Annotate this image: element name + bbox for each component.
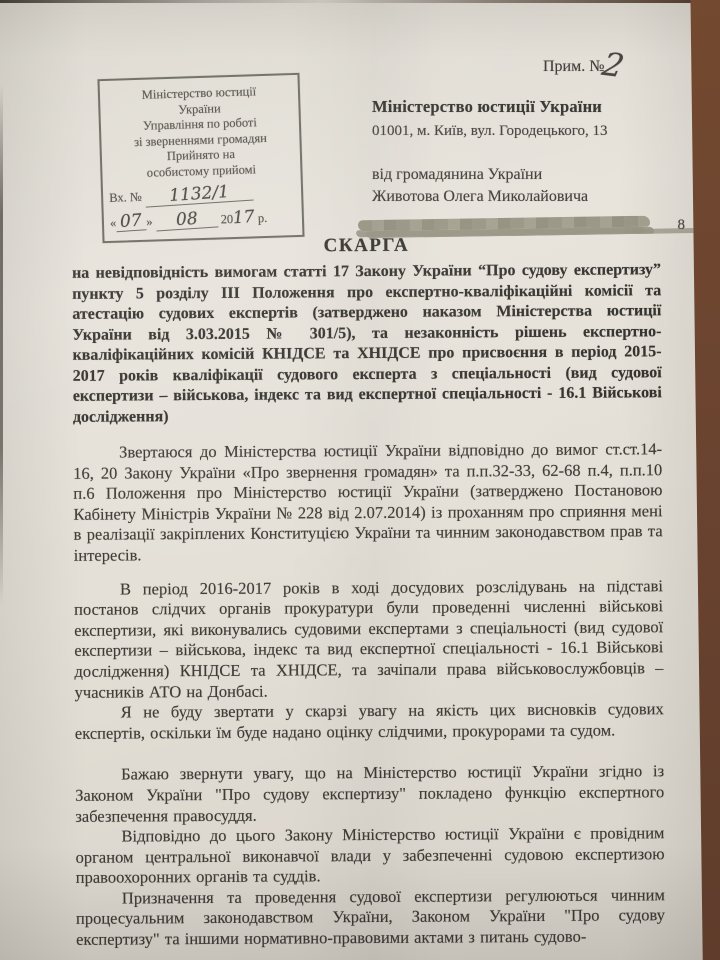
- body-paragraph: Відповідно до цього Закону Міністерство …: [75, 823, 664, 888]
- body-paragraph: Я не буду звертати у скарзі увагу на які…: [75, 699, 664, 744]
- copy-number-handwritten: 2: [600, 54, 625, 76]
- stamp-reg-row: Вх. № 1132/1: [109, 184, 295, 206]
- ministry-address: 01001, м. Київ, вул. Городецького, 13: [372, 120, 677, 142]
- stamp-reg-label: Вх. №: [109, 190, 142, 205]
- body-paragraph: Призначення та проведення судової експер…: [76, 885, 665, 950]
- paper-top-edge: [0, 0, 720, 3]
- recipient-block: Міністерство юстиції України 01001, м. К…: [372, 96, 677, 240]
- body-paragraph: В період 2016-2017 років в ході досудови…: [74, 576, 664, 703]
- stamp-reg-number-handwritten: 1132/1: [144, 184, 253, 208]
- photo-background: Прим. №2 Міністерство юстиції України Уп…: [0, 0, 720, 960]
- document-title: СКАРГА: [72, 233, 661, 259]
- from-line-citizen: від громадянина України: [372, 164, 677, 186]
- body-paragraph: Бажаю звернути увагу, що на Міністерство…: [75, 762, 664, 827]
- registration-stamp: Міністерство юстиції України Управління …: [97, 73, 304, 243]
- stamp-date-month-handwritten: 08: [155, 210, 218, 231]
- redaction-scribble: [358, 216, 650, 232]
- document-page: Прим. №2 Міністерство юстиції України Уп…: [0, 0, 720, 960]
- stamp-date-year-prefix: 20: [220, 212, 233, 226]
- from-line-name: Животова Олега Миколайовича: [372, 186, 677, 208]
- stamp-date-day-handwritten: 07: [116, 213, 147, 231]
- paper-left-edge: [0, 85, 3, 605]
- copy-number-note: Прим. №2: [543, 50, 625, 76]
- letter-body: СКАРГА на невідповідність вимогам статті…: [72, 233, 665, 950]
- stamp-date-suffix: р.: [258, 210, 268, 224]
- body-paragraph: Звертаюся до Міністерства юстиції Україн…: [73, 439, 663, 566]
- stamp-date-quote-close: »: [146, 214, 153, 228]
- copy-label: Прим. №: [543, 58, 605, 75]
- ministry-name: Міністерство юстиції України: [372, 96, 677, 118]
- redaction-suffix-digit: 8: [678, 214, 686, 236]
- stamp-date-year-handwritten: 17: [233, 209, 256, 226]
- stamp-date-row: «07» 08 2017 р.: [110, 209, 296, 231]
- subject-paragraph: на невідповідність вимогам статті 17 Зак…: [72, 260, 662, 428]
